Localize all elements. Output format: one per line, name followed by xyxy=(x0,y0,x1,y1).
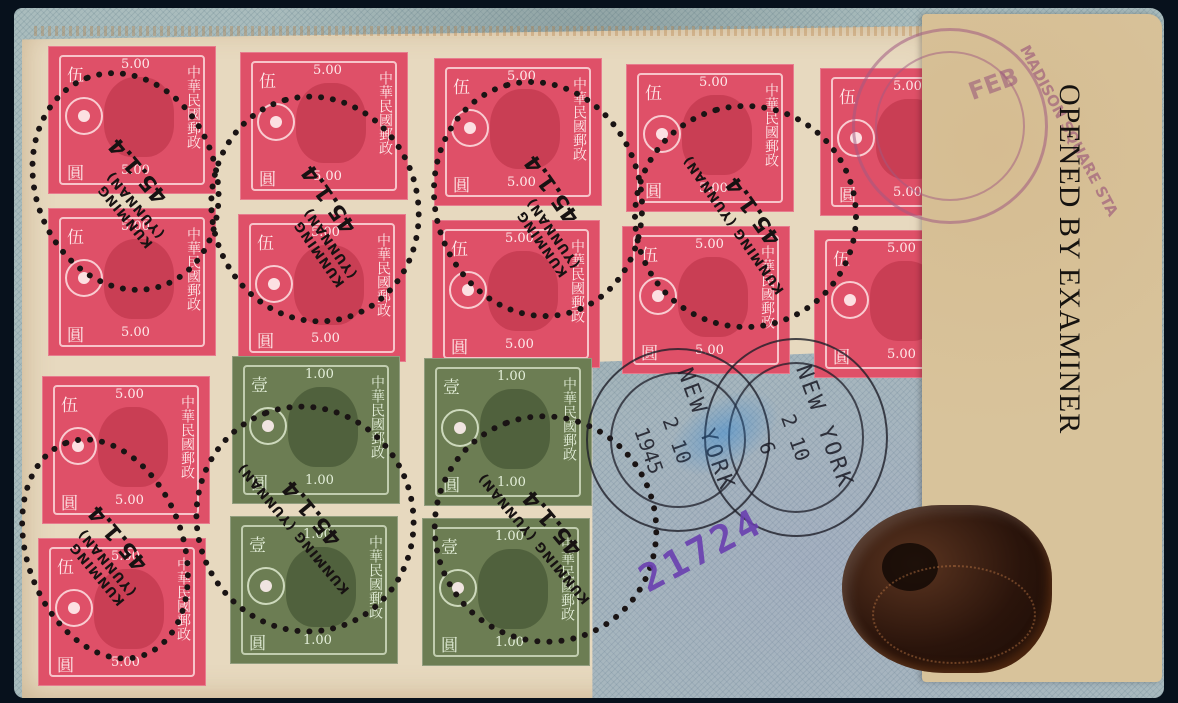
stamp-value: 5.00 xyxy=(115,387,144,402)
stamp-corner-char: 伍 xyxy=(61,391,78,416)
stamp-corner-char: 壹 xyxy=(443,373,460,398)
censor-label: OPENED BY EXAMINER xyxy=(1052,84,1086,434)
stamp-value: 5.00 xyxy=(313,63,342,78)
stamp-bottom-char: 圓 xyxy=(257,327,274,352)
stamp-value: 1.00 xyxy=(497,369,526,384)
wax-seal xyxy=(842,505,1052,673)
stamp-bottom-char: 圓 xyxy=(451,333,468,358)
stamp-bottom-char: 圓 xyxy=(57,651,74,676)
stamp-country-text: 中華民國郵政 xyxy=(177,395,195,479)
stamp-bottom-char: 圓 xyxy=(67,321,84,346)
stamp-value: 5.00 xyxy=(699,75,728,90)
stamp-bottom-char: 圓 xyxy=(441,631,458,656)
stamp-value: 5.00 xyxy=(121,325,150,340)
stamp-value: 5.00 xyxy=(887,241,916,256)
seal-imprint xyxy=(872,565,1036,664)
stamp-corner-char: 伍 xyxy=(259,67,276,92)
stamp-value: 1.00 xyxy=(305,367,334,382)
torn-top-edge xyxy=(34,26,934,36)
stamp-value: 1.00 xyxy=(303,633,332,648)
stamp-bottom-char: 圓 xyxy=(249,629,266,654)
sun-emblem-icon xyxy=(831,281,869,319)
stamp-corner-char: 壹 xyxy=(251,371,268,396)
stamp-value: 5.00 xyxy=(311,331,340,346)
stamp-corner-char: 伍 xyxy=(645,79,662,104)
stamp-corner-char: 伍 xyxy=(453,73,470,98)
stamp-value: 5.00 xyxy=(887,347,916,362)
madison-square-postmark xyxy=(852,28,1048,224)
stamp-value: 5.00 xyxy=(505,337,534,352)
